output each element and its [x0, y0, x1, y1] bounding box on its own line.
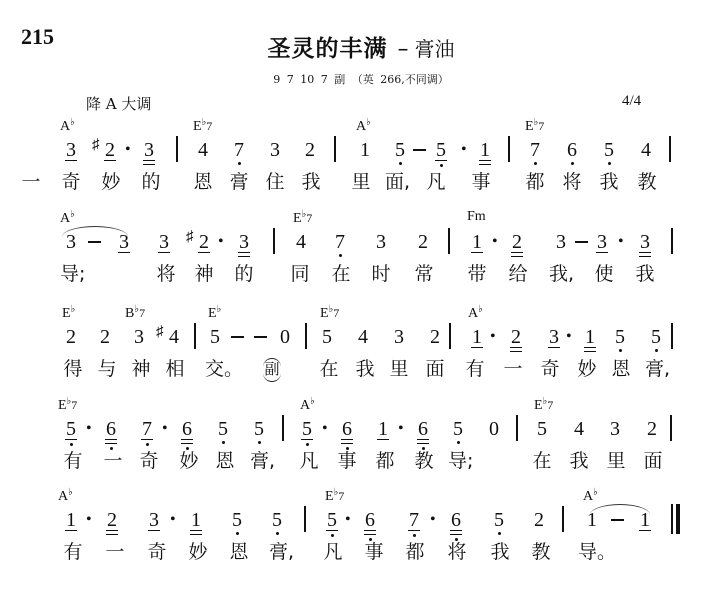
lower-octave-dot [146, 443, 149, 446]
note: 1 [189, 510, 203, 530]
note: 6 [104, 419, 118, 439]
note: 1 [358, 140, 372, 160]
lyric-syllable: 神 [130, 360, 152, 379]
note: 1 [376, 419, 390, 439]
lyric-syllable: 教 [530, 543, 552, 562]
lyric-syllable: 教 [636, 173, 658, 192]
underline [106, 534, 118, 535]
chord-symbol: E♭7 [534, 397, 553, 413]
bar-line [671, 323, 673, 349]
underline [417, 443, 429, 444]
note: 5 [602, 140, 616, 160]
flat-icon: ♭ [310, 396, 315, 407]
lyric-syllable: 的 [140, 173, 162, 192]
note: 2 [645, 419, 659, 439]
underline [511, 256, 523, 257]
lyric-syllable: 妙 [576, 360, 598, 379]
note: 3 [64, 140, 78, 160]
underline [158, 252, 170, 253]
underline [190, 530, 202, 531]
augmentation-dot: • [345, 512, 351, 528]
note: 5 [393, 140, 407, 160]
music-system: E♭7A♭E♭75676555616505432••••有一奇妙恩膏,凡事都教导… [0, 397, 722, 477]
lyric-syllable: 我 [568, 452, 590, 471]
underline [364, 534, 376, 535]
augmentation-dot: • [398, 421, 404, 437]
augmentation-dot: • [492, 234, 498, 250]
underline [417, 439, 429, 440]
note: 7 [232, 140, 246, 160]
note: 2♯ [197, 232, 211, 252]
note: 5 [208, 327, 222, 347]
augmentation-dot: • [322, 421, 328, 437]
chord-symbol: A♭ [356, 118, 371, 134]
bar-line [305, 323, 307, 349]
lyric-syllable: 恩 [192, 173, 214, 192]
note: 6 [449, 510, 463, 530]
note: 5 [300, 419, 314, 439]
chord-symbol: Fm [467, 210, 486, 224]
lyric-syllable: 在 [531, 452, 553, 471]
note: 1 [470, 232, 484, 252]
flat-icon: ♭ [366, 117, 371, 128]
underline [238, 252, 250, 253]
underline [181, 443, 193, 444]
lyric-syllable: 住 [264, 173, 286, 192]
note: 3 [268, 140, 282, 160]
lower-octave-dot [399, 162, 402, 165]
flat-icon: ♭ [68, 487, 73, 498]
sustain-dash [413, 149, 426, 151]
underline [143, 160, 155, 161]
lyric-syllable: 都 [374, 452, 396, 471]
note: 4 [639, 140, 653, 160]
lower-octave-dot [238, 162, 241, 165]
lyric-syllable: 的 [233, 265, 255, 284]
underline [341, 439, 353, 440]
lyric-syllable: 将 [561, 173, 583, 192]
lower-octave-dot [306, 443, 309, 446]
lyric-syllable: 有 [62, 543, 84, 562]
flat-icon: ♭ [70, 209, 75, 220]
lyric-syllable: 膏, [645, 360, 667, 379]
note: 2 [532, 510, 546, 530]
note: 3 [547, 327, 561, 347]
lyric-syllable: 都 [404, 543, 426, 562]
lyric-syllable: 我 [354, 360, 376, 379]
augmentation-dot: • [430, 512, 436, 528]
note: 5 [434, 140, 448, 160]
note: 7 [333, 232, 347, 252]
underline [450, 530, 462, 531]
lyric-syllable: 事 [336, 452, 358, 471]
note: 2 [416, 232, 430, 252]
lyric-syllable: 使 [593, 265, 615, 284]
note: 3 [147, 510, 161, 530]
music-system: A♭E♭7A♭E♭732♯3473215517654••一奇妙的恩膏住我里面,凡… [0, 118, 722, 198]
lyric-syllable: 奇 [146, 543, 168, 562]
underline [510, 351, 522, 352]
chord-symbol: E♭ [208, 305, 221, 321]
lower-octave-dot [608, 162, 611, 165]
lower-octave-dot [258, 441, 261, 444]
lyric-syllable: 奇 [138, 452, 160, 471]
note: 3 [142, 140, 156, 160]
underline [435, 160, 447, 161]
underline [377, 439, 389, 440]
lyric-syllable: 给 [507, 265, 529, 284]
underline [65, 160, 77, 161]
augmentation-dot: • [125, 142, 131, 158]
note: 2 [303, 140, 317, 160]
note: 5 [325, 510, 339, 530]
underline [639, 252, 651, 253]
augmentation-dot: • [618, 234, 624, 250]
note: 3 [374, 232, 388, 252]
lower-octave-dot [70, 443, 73, 446]
note: 5 [252, 419, 266, 439]
note: 7 [140, 419, 154, 439]
bar-line [334, 136, 336, 162]
underline [190, 534, 202, 535]
title-block: 圣灵的丰满–膏油 [0, 30, 722, 63]
note: 3 [392, 327, 406, 347]
note: 7 [407, 510, 421, 530]
flat-icon: ♭ [593, 487, 598, 498]
augmentation-dot: • [170, 512, 176, 528]
bar-line [304, 506, 306, 532]
underline [105, 439, 117, 440]
note: 6 [340, 419, 354, 439]
underline [596, 252, 608, 253]
chord-symbol: E♭7 [325, 488, 344, 504]
lower-octave-dot [236, 532, 239, 535]
chord-symbol: E♭7 [58, 397, 77, 413]
bar-line [176, 136, 178, 162]
note: 3 [237, 232, 251, 252]
lyric-syllable: 面 [424, 360, 446, 379]
lyric-syllable: 带 [466, 265, 488, 284]
note: 5 [216, 419, 230, 439]
lyric-syllable: 凡 [298, 452, 320, 471]
bar-line [194, 323, 196, 349]
lyric-syllable: 相 [164, 360, 186, 379]
lyric-syllable: 我 [598, 173, 620, 192]
bar-line [670, 415, 672, 441]
note: 0 [278, 327, 292, 347]
lower-octave-dot [331, 534, 334, 537]
underline [471, 347, 483, 348]
sustain-dash [611, 519, 624, 521]
underline [148, 530, 160, 531]
sustain-dash [231, 336, 244, 338]
note: 6 [565, 140, 579, 160]
lower-octave-dot [457, 441, 460, 444]
lower-octave-dot [534, 162, 537, 165]
lyric-syllable: 奇 [60, 173, 82, 192]
lower-octave-dot [413, 534, 416, 537]
underline [118, 252, 130, 253]
note: 0 [487, 419, 501, 439]
underline [65, 530, 77, 531]
underline [181, 439, 193, 440]
underline [198, 252, 210, 253]
note: 5 [230, 510, 244, 530]
lyric-syllable: 妙 [100, 173, 122, 192]
augmentation-dot: • [86, 512, 92, 528]
note: 3 [554, 232, 568, 252]
lyric-syllable: 恩 [610, 360, 632, 379]
note: 3 [157, 232, 171, 252]
note: 1 [583, 327, 597, 347]
sustain-dash [575, 241, 588, 243]
underline [104, 160, 116, 161]
bar-line [449, 323, 451, 349]
bar-line [448, 228, 450, 254]
lyric-syllable: 里 [605, 452, 627, 471]
lower-octave-dot [222, 441, 225, 444]
lyric-syllable: 导。 [578, 543, 600, 562]
chord-symbol: E♭7 [193, 118, 212, 134]
note: 1 [64, 510, 78, 530]
key-signature: 降 A 大调 [86, 93, 151, 114]
note: 3 [638, 232, 652, 252]
underline [143, 164, 155, 165]
bar-line [273, 228, 275, 254]
lyric-syllable: 膏, [250, 452, 272, 471]
lyric-syllable: 常 [413, 265, 435, 284]
lyric-syllable: 时 [370, 265, 392, 284]
underline [479, 164, 491, 165]
note: 3 [608, 419, 622, 439]
chord-symbol: B♭7 [125, 305, 145, 321]
lyric-syllable: 神 [193, 265, 215, 284]
bar-line [671, 228, 673, 254]
bar-line [669, 136, 671, 162]
final-bar-line [671, 504, 675, 534]
note: 4 [196, 140, 210, 160]
note: 2 [510, 232, 524, 252]
sustain-dash [88, 241, 101, 243]
note: 4 [294, 232, 308, 252]
underline [105, 443, 117, 444]
underline [450, 534, 462, 535]
lyric-syllable: 面 [642, 452, 664, 471]
underline [326, 530, 338, 531]
lyric-syllable: 将 [446, 543, 468, 562]
lyric-syllable: 妙 [178, 452, 200, 471]
chord-symbol: E♭7 [320, 305, 339, 321]
lyric-syllable: 有 [464, 360, 486, 379]
underline [106, 530, 118, 531]
sharp-icon: ♯ [92, 138, 100, 153]
note: 3 [132, 327, 146, 347]
lyric-syllable: 导; [448, 452, 470, 471]
sustain-dash [254, 336, 267, 338]
chord-symbol: A♭ [58, 488, 73, 504]
bar-line [508, 136, 510, 162]
underline [479, 160, 491, 161]
note: 5 [535, 419, 549, 439]
note: 1 [470, 327, 484, 347]
chord-symbol: E♭7 [525, 118, 544, 134]
note: 5 [492, 510, 506, 530]
note: 2♯ [103, 140, 117, 160]
note: 5 [451, 419, 465, 439]
lyric-syllable: 膏 [228, 173, 250, 192]
lyric-syllable: 一 [102, 452, 124, 471]
augmentation-dot: • [162, 421, 168, 437]
lower-octave-dot [571, 162, 574, 165]
lyric-syllable: 我 [634, 265, 656, 284]
underline [511, 252, 523, 253]
lyric-syllable: 面, [385, 173, 407, 192]
lyric-syllable: 教 [413, 452, 435, 471]
underline [584, 347, 596, 348]
underline [301, 439, 313, 440]
lyric-syllable: 事 [363, 543, 385, 562]
note: 6 [180, 419, 194, 439]
note: 6 [416, 419, 430, 439]
lyric-syllable: 我, [549, 265, 571, 284]
tie-arc [62, 226, 128, 237]
chord-symbol: A♭ [583, 488, 598, 504]
lyric-syllable: 凡 [425, 173, 447, 192]
refrain-marker: 副 [261, 362, 283, 377]
lower-octave-dot [339, 254, 342, 257]
lower-octave-dot [619, 349, 622, 352]
flat-icon: ♭ [70, 117, 75, 128]
augmentation-dot: • [566, 329, 572, 345]
augmentation-dot: • [461, 142, 467, 158]
music-system: E♭B♭7E♭E♭7A♭2234♯505432123155••得与神相交。在我里… [0, 305, 722, 385]
bar-line [282, 415, 284, 441]
title-separator: – [398, 37, 409, 62]
lower-octave-dot [276, 532, 279, 535]
note: 2 [98, 327, 112, 347]
meter-info: 9 7 10 7 副 （英 266,不同调） [0, 71, 722, 87]
hymn-title: 圣灵的丰满 [268, 36, 388, 62]
lyric-syllable: 在 [318, 360, 340, 379]
underline [364, 530, 376, 531]
underline [639, 256, 651, 257]
underline [238, 256, 250, 257]
lyric-syllable: 都 [524, 173, 546, 192]
lower-octave-dot [655, 349, 658, 352]
time-signature: 4/4 [622, 93, 641, 110]
sharp-icon: ♯ [186, 230, 194, 245]
lower-octave-dot [498, 532, 501, 535]
note: 4 [572, 419, 586, 439]
note: 4♯ [167, 327, 181, 347]
lyric-syllable: 有 [62, 452, 84, 471]
tie-arc [590, 504, 650, 515]
note: 4 [356, 327, 370, 347]
bar-line [516, 415, 518, 441]
note: 2 [428, 327, 442, 347]
note: 5 [270, 510, 284, 530]
note: 3 [595, 232, 609, 252]
underline [65, 439, 77, 440]
underline [584, 351, 596, 352]
note: 5 [64, 419, 78, 439]
lyric-syllable: 奇 [539, 360, 561, 379]
lyric-syllable: 与 [96, 360, 118, 379]
music-system: A♭E♭7Fm3332♯3473212333•••导;将神的同在时常带给我,使我 [0, 210, 722, 290]
flat-icon: ♭ [217, 304, 222, 315]
lyric-syllable: 导; [60, 265, 82, 284]
flat-icon: ♭ [71, 304, 76, 315]
note: 2 [64, 327, 78, 347]
note: 2 [509, 327, 523, 347]
lyric-syllable: 将 [155, 265, 177, 284]
lyric-syllable: 一 [20, 173, 42, 192]
bar-line [562, 506, 564, 532]
underline [408, 530, 420, 531]
lyric-syllable: 交。 [205, 360, 227, 379]
lyric-syllable: 恩 [228, 543, 250, 562]
flat-icon: ♭ [478, 304, 483, 315]
lyric-syllable: 在 [330, 265, 352, 284]
underline [341, 443, 353, 444]
lyric-syllable: 同 [289, 265, 311, 284]
chord-symbol: E♭7 [293, 210, 312, 226]
lyric-syllable: 里 [350, 173, 372, 192]
augmentation-dot: • [218, 234, 224, 250]
lyric-syllable: 我 [300, 173, 322, 192]
note: 6 [363, 510, 377, 530]
sharp-icon: ♯ [156, 325, 164, 340]
lower-octave-dot [440, 164, 443, 167]
lyric-syllable: 一 [502, 360, 524, 379]
note: 1 [478, 140, 492, 160]
chord-symbol: E♭ [62, 305, 75, 321]
augmentation-dot: • [490, 329, 496, 345]
chord-symbol: A♭ [60, 210, 75, 226]
underline [141, 439, 153, 440]
underline [548, 347, 560, 348]
underline [510, 347, 522, 348]
lyric-syllable: 一 [104, 543, 126, 562]
note: 5 [320, 327, 334, 347]
note: 7 [528, 140, 542, 160]
lyric-syllable: 里 [388, 360, 410, 379]
chord-symbol: A♭ [300, 397, 315, 413]
music-system: A♭E♭7A♭12315556765211••••有一奇妙恩膏,凡事都将我教导。 [0, 488, 722, 568]
hymn-subtitle: 膏油 [415, 37, 455, 61]
lyric-syllable: 妙 [187, 543, 209, 562]
augmentation-dot: • [86, 421, 92, 437]
lyric-syllable: 凡 [322, 543, 344, 562]
lyric-syllable: 事 [470, 173, 492, 192]
lyric-syllable: 膏, [269, 543, 291, 562]
chord-symbol: A♭ [468, 305, 483, 321]
lyric-syllable: 我 [489, 543, 511, 562]
note: 5 [649, 327, 663, 347]
lyric-syllable: 得 [62, 360, 84, 379]
lyric-syllable: 恩 [214, 452, 236, 471]
underline [639, 530, 651, 531]
underline [471, 252, 483, 253]
note: 5 [613, 327, 627, 347]
chord-symbol: A♭ [60, 118, 75, 134]
note: 2 [105, 510, 119, 530]
